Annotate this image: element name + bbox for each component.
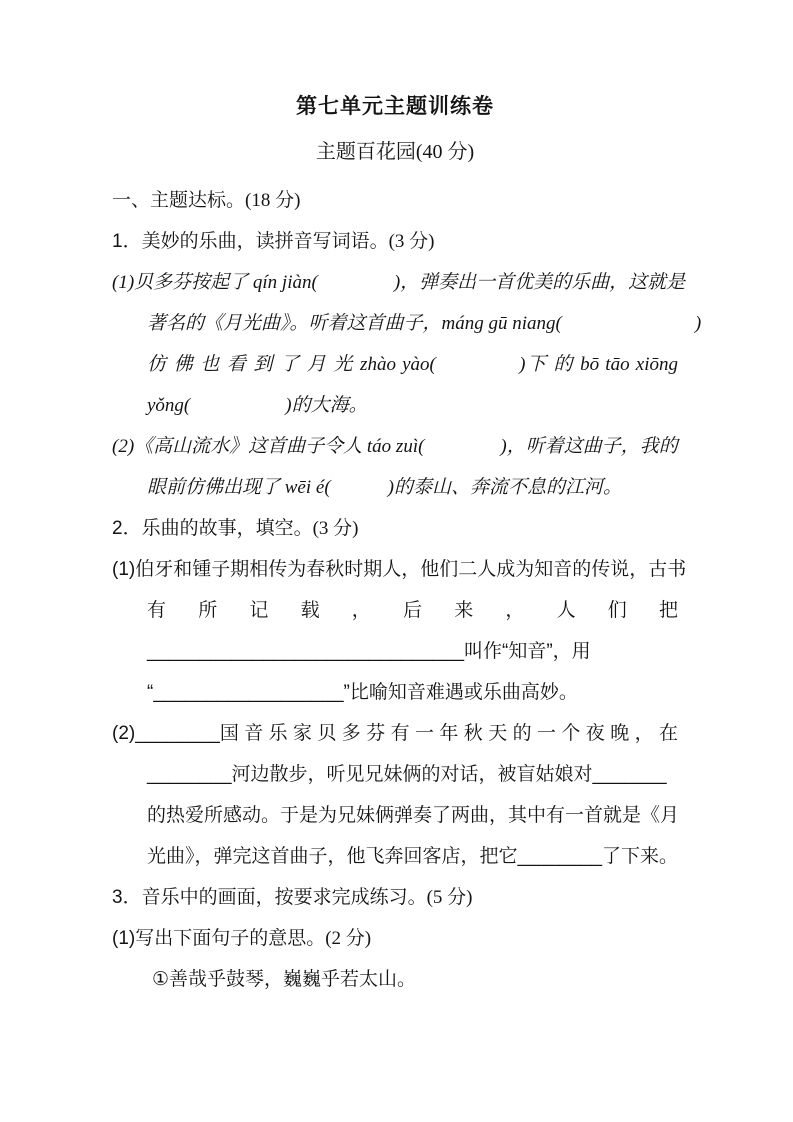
q3-sub1-heading: (1)写出下面句子的意思。(2 分) bbox=[112, 918, 678, 959]
page-title: 第七单元主题训练卷 bbox=[112, 92, 678, 122]
q1-item1-line4: yǒng( )的大海。 bbox=[147, 385, 678, 426]
q1-item1-line3: 仿 佛 也 看 到 了 月 光 zhào yào( )下 的 bō tāo xi… bbox=[147, 344, 678, 385]
q2-item2-line4: 光曲》，弹完这首曲子，他飞奔回客店，把它________了下来。 bbox=[147, 836, 678, 877]
q2-item2-line3: 的热爱所感动。于是为兄妹俩弹奏了两曲，其中有一首就是《月 bbox=[147, 795, 678, 836]
q1-item2-line2: 眼前仿佛出现了 wēi é( )的泰山、奔流不息的江河。 bbox=[147, 467, 678, 508]
q3-sub1-label: (1)写出下面句子的意思。 bbox=[112, 928, 325, 949]
q1-item1-line1: (1)贝多芬按起了 qín jiàn( )，弹奏出一首优美的乐曲，这就是 bbox=[112, 262, 678, 303]
q3-sentence-1: ①善哉乎鼓琴，巍巍乎若太山。 bbox=[152, 959, 678, 1000]
section-1-label: 一、主题达标。 bbox=[112, 190, 245, 211]
section-1-score: (18 分) bbox=[245, 190, 300, 211]
paper-body: 一、主题达标。(18 分) 1．美妙的乐曲，读拼音写词语。(3 分) (1)贝多… bbox=[112, 180, 678, 1000]
question-2-score: (3 分) bbox=[313, 518, 359, 539]
question-3-score: (5 分) bbox=[427, 887, 473, 908]
test-paper-page: 第七单元主题训练卷 主题百花园(40 分) 一、主题达标。(18 分) 1．美妙… bbox=[0, 0, 793, 1122]
question-3-heading: 3．音乐中的画面，按要求完成练习。(5 分) bbox=[112, 877, 678, 918]
q1-item2-line1: (2)《高山流水》这首曲子令人 táo zuì( )，听着这曲子，我的 bbox=[112, 426, 678, 467]
q2-item1-line4: “__________________”比喻知音难遇或乐曲高妙。 bbox=[147, 672, 678, 713]
page-subtitle: 主题百花园(40 分) bbox=[112, 138, 678, 166]
question-2-heading: 2．乐曲的故事，填空。(3 分) bbox=[112, 508, 678, 549]
question-1-heading: 1．美妙的乐曲，读拼音写词语。(3 分) bbox=[112, 221, 678, 262]
q3-sub1-score: (2 分) bbox=[325, 928, 371, 949]
q2-item1-line3: ______________________________叫作“知音”，用 bbox=[147, 631, 678, 672]
q2-item2-line1: (2)________国 音 乐 家 贝 多 芬 有 一 年 秋 天 的 一 个… bbox=[112, 713, 678, 754]
question-1-score: (3 分) bbox=[389, 231, 435, 252]
q2-item1-line2: 有 所 记 载 ， 后 来 ， 人 们 把 bbox=[147, 590, 678, 631]
question-3-label: 3．音乐中的画面，按要求完成练习。 bbox=[112, 887, 427, 908]
q1-item1-line2: 著名的《月光曲》。听着这首曲子，máng gū niang( ) bbox=[147, 303, 678, 344]
q2-item1-line1: (1)伯牙和锺子期相传为春秋时期人，他们二人成为知音的传说，古书 bbox=[112, 549, 678, 590]
question-2-label: 2．乐曲的故事，填空。 bbox=[112, 518, 313, 539]
q2-item2-line2: ________河边散步，听见兄妹俩的对话，被盲姑娘对_______ bbox=[147, 754, 678, 795]
section-1-heading: 一、主题达标。(18 分) bbox=[112, 180, 678, 221]
question-1-label: 1．美妙的乐曲，读拼音写词语。 bbox=[112, 231, 389, 252]
